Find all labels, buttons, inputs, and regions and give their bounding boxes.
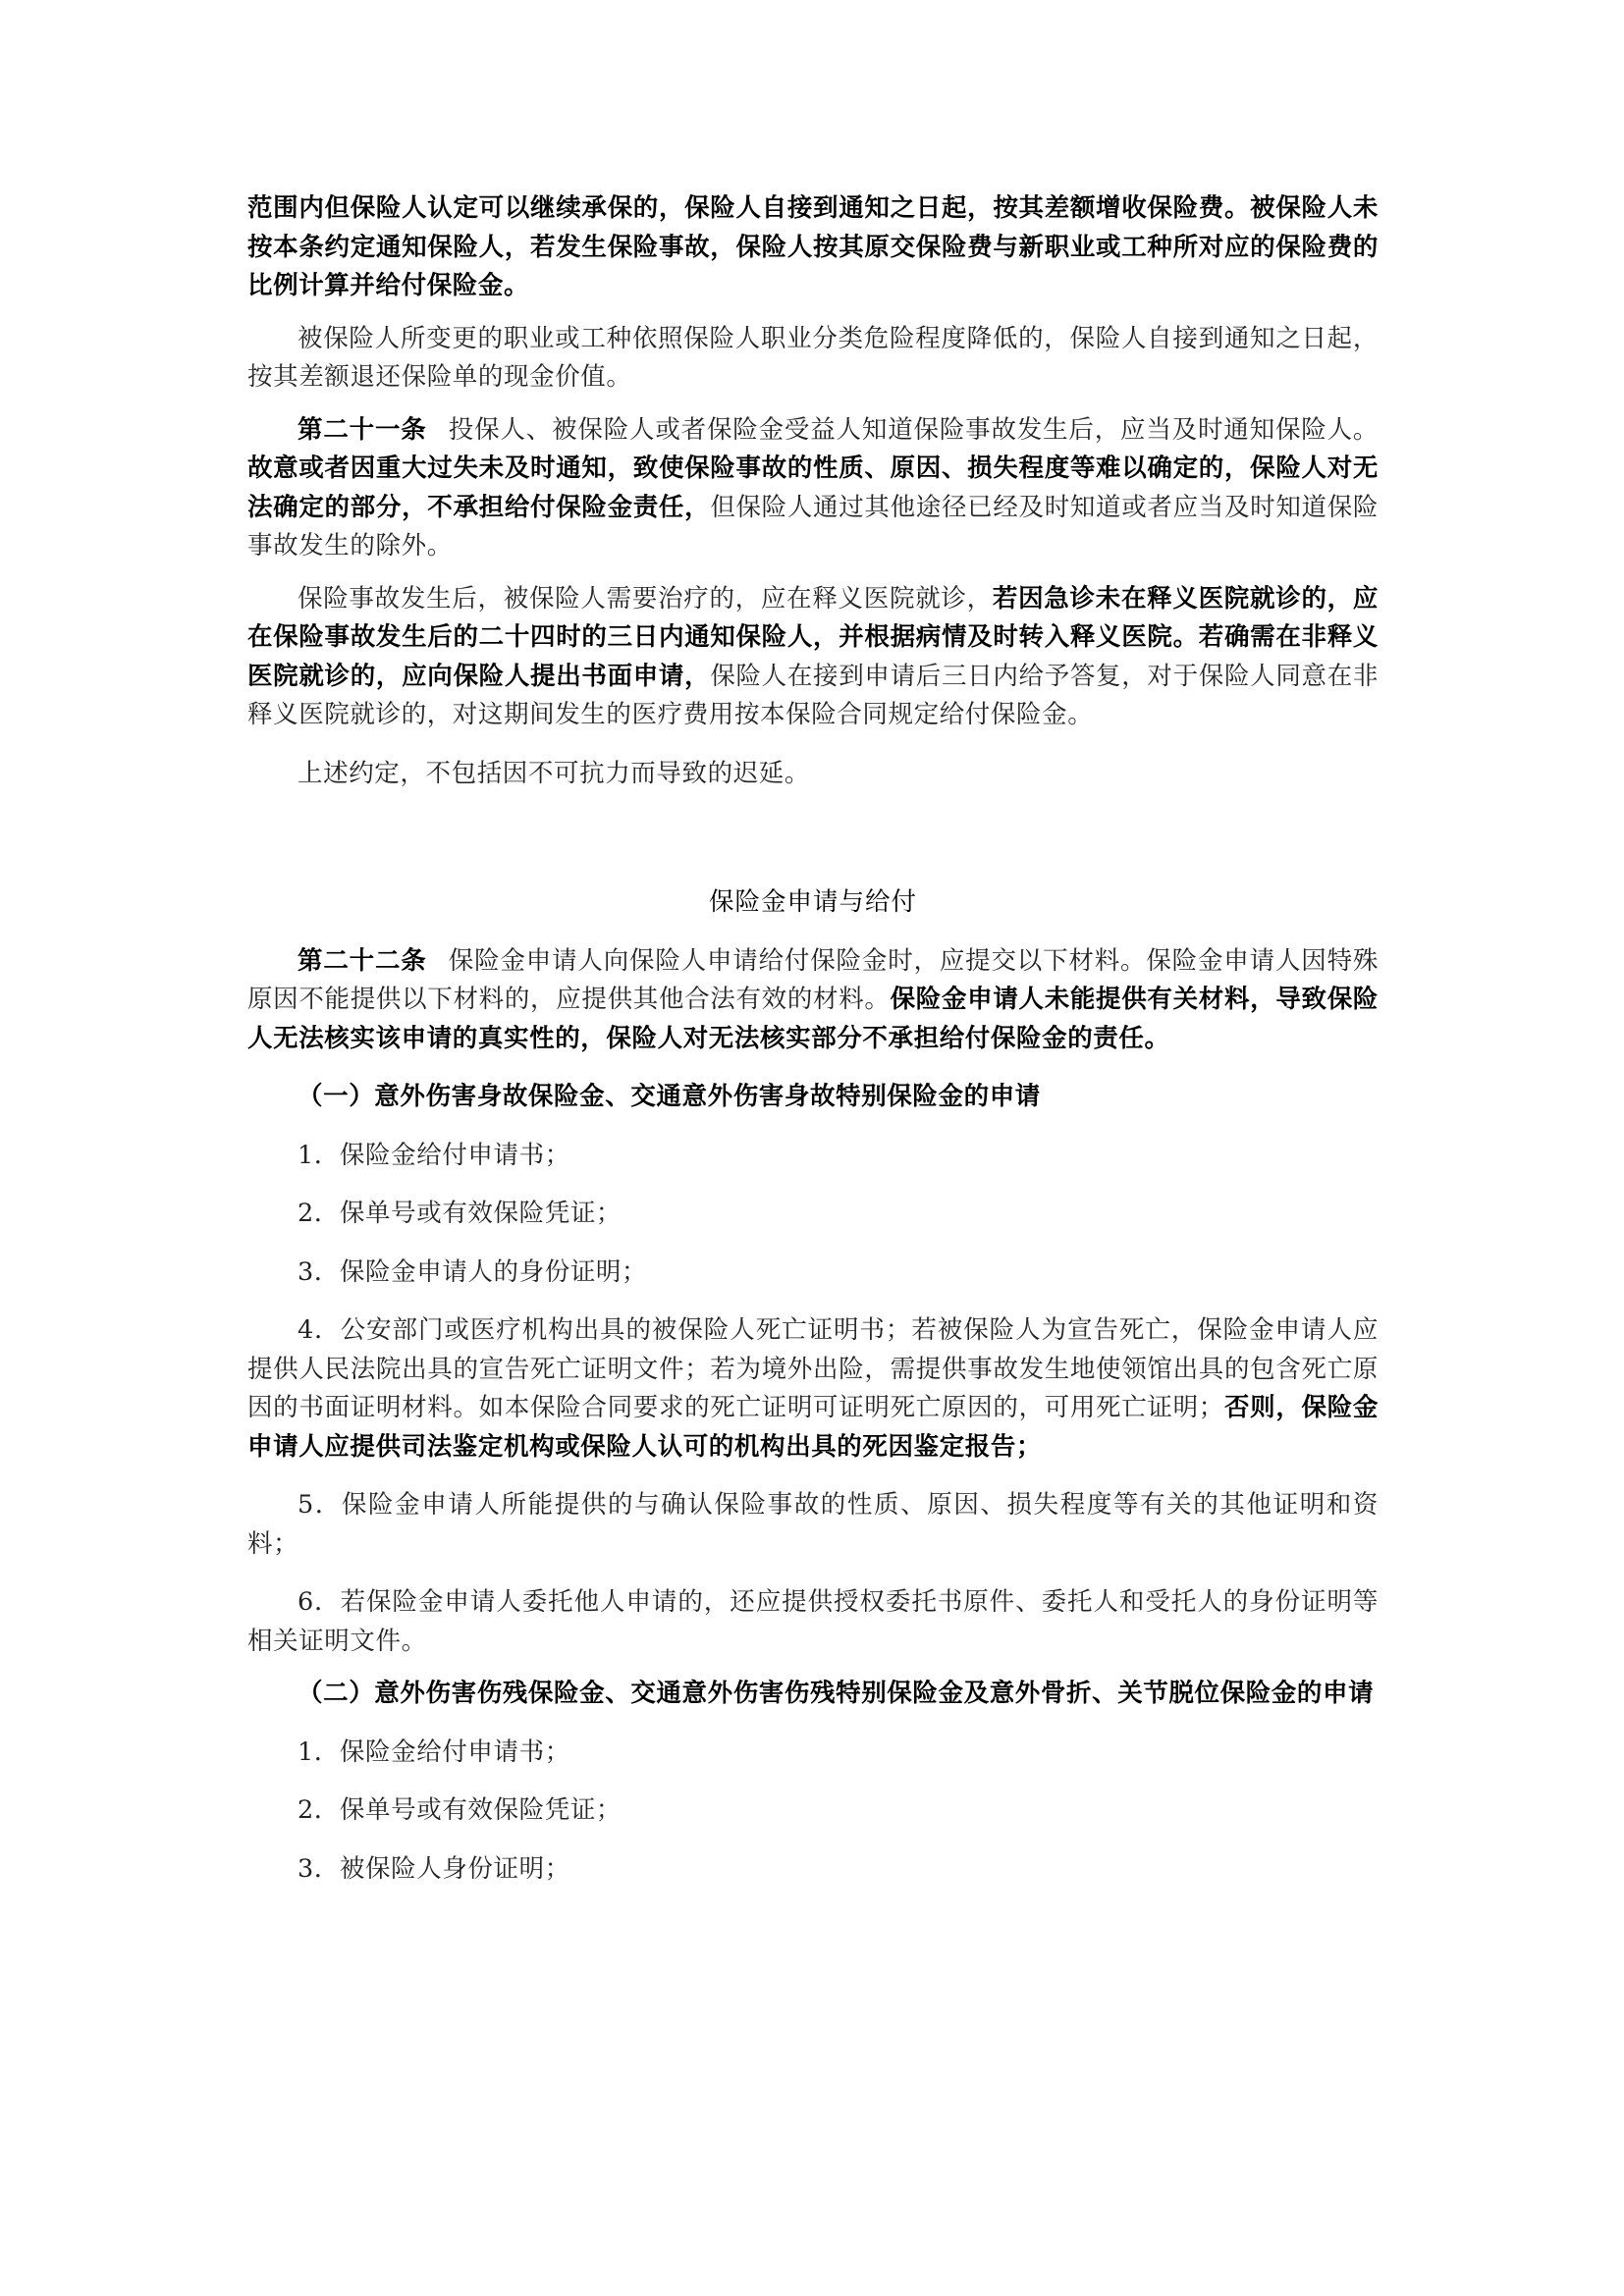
list-item: 1．保险金给付申请书； [247,1734,1379,1773]
list-item: 2．保单号或有效保险凭证； [247,1791,1379,1831]
subsection-2-title: （二）意外伤害伤残保险金、交通意外伤害伤残特别保险金及意外骨折、关节脱位保险金的… [247,1675,1379,1714]
article-21: 第二十一条投保人、被保险人或者保险金受益人知道保险事故发生后，应当及时通知保险人… [247,411,1379,566]
article-22: 第二十二条保险金申请人向保险人申请给付保险金时，应提交以下材料。保险金申请人因特… [247,942,1379,1059]
paragraph-occupation-decrease: 被保险人所变更的职业或工种依照保险人职业分类危险程度降低的，保险人自接到通知之日… [247,320,1379,398]
paragraph-force-majeure: 上述约定，不包括因不可抗力而导致的迟延。 [247,755,1379,794]
list-item: 2．保单号或有效保险凭证； [247,1195,1379,1234]
list-item-text: 4．公安部门或医疗机构出具的被保险人死亡证明书；若被保险人为宣告死亡，保险金申请… [247,1315,1379,1422]
article-label: 第二十一条 [298,415,427,445]
paragraph-text: 保险事故发生后，被保险人需要治疗的，应在释义医院就诊， [298,584,993,614]
paragraph-occupation-increase: 范围内但保险人认定可以继续承保的，保险人自接到通知之日起，按其差额增收保险费。被… [247,189,1379,306]
list-item: 3．被保险人身份证明； [247,1850,1379,1890]
paragraph-treatment: 保险事故发生后，被保险人需要治疗的，应在释义医院就诊，若因急诊未在释义医院就诊的… [247,580,1379,735]
list-item: 4．公安部门或医疗机构出具的被保险人死亡证明书；若被保险人为宣告死亡，保险金申请… [247,1311,1379,1467]
subsection-1-title: （一）意外伤害身故保险金、交通意外伤害身故特别保险金的申请 [247,1078,1379,1117]
article-text: 投保人、被保险人或者保险金受益人知道保险事故发生后，应当及时通知保险人。 [449,415,1379,445]
section-heading: 保险金申请与给付 [247,883,1379,923]
list-item: 1．保险金给付申请书； [247,1137,1379,1176]
list-item: 6．若保险金申请人委托他人申请的，还应提供授权委托书原件、委托人和受托人的身份证… [247,1583,1379,1661]
article-label: 第二十二条 [298,946,427,976]
list-item: 5．保险金申请人所能提供的与确认保险事故的性质、原因、损失程度等有关的其他证明和… [247,1486,1379,1564]
bold-clause: 范围内但保险人认定可以继续承保的，保险人自接到通知之日起，按其差额增收保险费。被… [247,193,1379,300]
document-page: 范围内但保险人认定可以继续承保的，保险人自接到通知之日起，按其差额增收保险费。被… [247,189,1379,1889]
list-item: 3．保险金申请人的身份证明； [247,1254,1379,1293]
